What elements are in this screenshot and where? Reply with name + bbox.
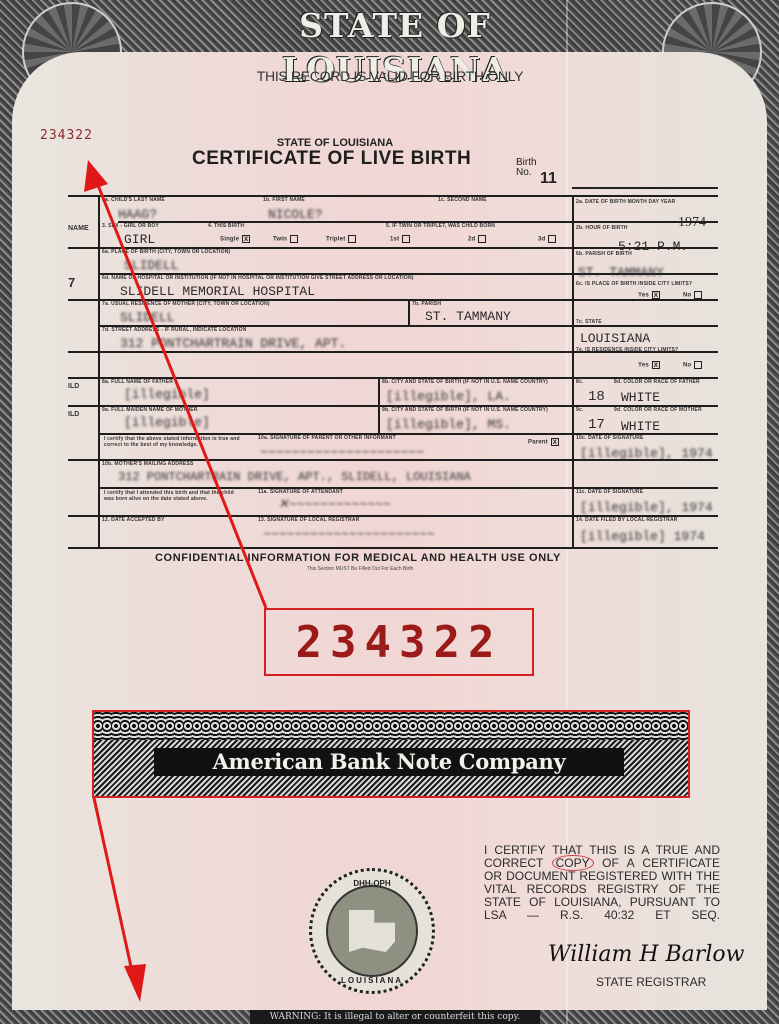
third-born-checkbox[interactable] — [548, 235, 556, 243]
date-filed-value: [illegible] 1974 — [580, 529, 705, 544]
state-label: 7c. STATE — [576, 319, 602, 325]
no-label: No — [683, 363, 691, 369]
hospital-value: SLIDELL MEMORIAL HOSPITAL — [120, 284, 315, 299]
street-address-label: 7d. STREET ADDRESS - IF RURAL, INDICATE … — [102, 327, 247, 333]
attendant-signature-label: 11a. SIGNATURE OF ATTENDANT — [258, 489, 343, 495]
mother-name-value: [illegible] — [124, 415, 210, 430]
parish-of-birth-label: 6b. PARISH OF BIRTH — [576, 251, 632, 257]
margin-label-place: 7 — [68, 275, 75, 290]
certification-statement: I CERTIFY THAT THIS IS A TRUE AND CORREC… — [484, 844, 720, 922]
second-name-label: 1c. SECOND NAME — [438, 197, 487, 203]
informant-signature: ~~~~~~~~~~~~~~~~~~~~~ — [260, 445, 424, 460]
attendant-signature: ✕~~~~~~~~~~~~~ — [278, 497, 390, 512]
form-rule — [572, 195, 574, 547]
first-born-checkbox[interactable] — [402, 235, 410, 243]
twin-option[interactable]: Twin — [273, 235, 298, 243]
hospital-label: 6d. NAME OF HOSPITAL OR INSTITUTION (IF … — [102, 275, 414, 281]
second-born-label: 2d — [468, 237, 475, 243]
parent-label: Parent — [528, 440, 548, 446]
first-name-value: NICOLE? — [268, 207, 323, 222]
street-address-value: 312 PONTCHARTRAIN DRIVE, APT. — [120, 336, 346, 351]
dhh-oph-seal: DHH-OPH LOUISIANA — [309, 868, 435, 994]
triplet-checkbox[interactable] — [348, 235, 356, 243]
residence-no-option[interactable]: No — [683, 361, 702, 369]
date-filed-label: 14. DATE FILED BY LOCAL REGISTRAR — [576, 517, 678, 523]
margin-label-name: NAME — [68, 225, 89, 232]
birth-number-value: 11 — [540, 170, 557, 188]
yes-label: Yes — [638, 363, 649, 369]
inside-city-label: 6c. IS PLACE OF BIRTH INSIDE CITY LIMITS… — [576, 281, 692, 287]
birth-number-line — [572, 187, 718, 189]
louisiana-state-shape-icon — [349, 910, 395, 952]
first-born-label: 1st — [390, 237, 399, 243]
date-accepted-label: 12. DATE ACCEPTED BY — [102, 517, 165, 523]
seal-inner-circle — [326, 885, 418, 977]
serial-number-large: 234322 — [296, 617, 503, 668]
father-name-value: [illegible] — [124, 387, 210, 402]
parent-option[interactable]: Parentx — [528, 438, 559, 446]
single-option[interactable]: Singlex — [220, 235, 250, 243]
twin-checkbox[interactable] — [290, 235, 298, 243]
triplet-option[interactable]: Triplet — [326, 235, 356, 243]
father-birthplace-value: [illegible], LA. — [386, 389, 511, 404]
sex-label: 3. SEX - GIRL OR BOY — [102, 223, 159, 229]
birth-number-label: Birth No. — [516, 158, 537, 178]
mailing-address-label: 10b. MOTHER'S MAILING ADDRESS — [102, 461, 194, 467]
parish-label: 7b. PARISH — [412, 301, 441, 307]
inside-city-yes-option[interactable]: Yesx — [638, 291, 660, 299]
second-born-checkbox[interactable] — [478, 235, 486, 243]
seal-bottom-text: LOUISIANA — [312, 976, 432, 985]
informant-date-label: 10c. DATE OF SIGNATURE — [576, 435, 644, 441]
state-title: STATE OF LOUISIANA — [190, 4, 600, 48]
child-last-name-value: HAAG? — [118, 207, 157, 222]
yes-label: Yes — [638, 293, 649, 299]
single-checkbox[interactable]: x — [242, 235, 250, 243]
margin-label-mother: ILD — [68, 411, 79, 418]
single-option-label: Single — [220, 237, 239, 243]
mother-residence-label: 7a. USUAL RESIDENCE OF MOTHER (CITY, TOW… — [102, 301, 270, 307]
residence-no-checkbox[interactable] — [694, 361, 702, 369]
father-race-value: WHITE — [621, 390, 660, 405]
informant-date-value: [illegible], 1974 — [580, 446, 713, 461]
residence-inside-city-label: 7e. IS RESIDENCE INSIDE CITY LIMITS? — [576, 347, 678, 353]
margin-label-father: ILD — [68, 383, 79, 390]
warning-banner: WARNING: It is illegal to alter or count… — [250, 1010, 540, 1024]
no-label: No — [683, 293, 691, 299]
father-birthplace-label: 8b. CITY AND STATE OF BIRTH (IF NOT IN U… — [382, 379, 548, 385]
registrar-title: STATE REGISTRAR — [596, 975, 706, 989]
attendant-certify-text: I certify that I attended this birth and… — [104, 490, 244, 502]
mother-race-value: WHITE — [621, 419, 660, 434]
seal-top-text: DHH-OPH — [312, 879, 432, 888]
mailing-address-value: 312 PONTCHARTRAIN DRIVE, APT., SLIDELL, … — [118, 470, 471, 484]
inside-city-no-option[interactable]: No — [683, 291, 702, 299]
mother-name-label: 9a. FULL MAIDEN NAME OF MOTHER — [102, 407, 198, 413]
father-age-value: 18 — [588, 389, 605, 405]
banknote-company-label: American Bank Note Company — [154, 748, 624, 776]
serial-number-small: 234322 — [40, 128, 93, 143]
form-rule — [68, 195, 718, 197]
local-registrar-signature: ~~~~~~~~~~~~~~~~~~~~~~ — [263, 527, 435, 542]
mother-race-label: 9d. COLOR OR RACE OF MOTHER — [614, 407, 702, 413]
parent-checkbox[interactable]: x — [551, 438, 559, 446]
residence-yes-option[interactable]: Yesx — [638, 361, 660, 369]
form-rule — [408, 299, 410, 325]
mother-residence-value: SLIDELL — [120, 310, 175, 325]
father-name-label: 8a. FULL NAME OF FATHER — [102, 379, 173, 385]
residence-yes-checkbox[interactable]: x — [652, 361, 660, 369]
date-of-birth-year: 1974 — [678, 215, 706, 231]
form-rule — [98, 195, 100, 547]
state-value: LOUISIANA — [580, 331, 650, 346]
triplet-option-label: Triplet — [326, 237, 345, 243]
date-of-birth-label: 2a. DATE OF BIRTH MONTH DAY YEAR — [576, 199, 675, 205]
first-name-label: 1b. FIRST NAME — [263, 197, 305, 203]
confidential-subtitle: This Section MUST Be Filled Out For Each… — [200, 566, 520, 572]
first-born-option[interactable]: 1st — [390, 235, 410, 243]
second-born-option[interactable]: 2d — [468, 235, 486, 243]
certificate-title: CERTIFICATE OF LIVE BIRTH — [192, 148, 471, 170]
guilloche-pattern — [94, 712, 688, 740]
inside-city-yes-checkbox[interactable]: x — [652, 291, 660, 299]
child-last-name-label: 1a. CHILD'S LAST NAME — [102, 197, 165, 203]
no-label: No. — [516, 168, 537, 178]
father-age-label: 8c. — [576, 379, 584, 385]
place-of-birth-label: 6a. PLACE OF BIRTH (CITY, TOWN OR LOCATI… — [102, 249, 230, 255]
mother-birthplace-label: 9b. CITY AND STATE OF BIRTH (IF NOT IN U… — [382, 407, 548, 413]
mother-age-value: 17 — [588, 417, 605, 433]
mother-age-label: 9c. — [576, 407, 584, 413]
serial-number-highlight: 234322 — [264, 608, 534, 676]
hour-of-birth-label: 2b. HOUR OF BIRTH — [576, 225, 628, 231]
confidential-heading: CONFIDENTIAL INFORMATION FOR MEDICAL AND… — [128, 552, 588, 564]
place-of-birth-value: SLIDELL — [124, 258, 179, 273]
birth-record-form: NAME 7 ILD ILD 1a. CHILD'S LAST NAME HAA… — [68, 195, 718, 550]
form-rule — [378, 377, 380, 433]
this-birth-label: 4. THIS BIRTH — [208, 223, 244, 229]
parish-of-birth-value: ST. TAMMANY — [578, 265, 664, 280]
form-rule — [68, 547, 718, 549]
local-registrar-signature-label: 13. SIGNATURE OF LOCAL REGISTRAR — [258, 517, 360, 523]
inside-city-no-checkbox[interactable] — [694, 291, 702, 299]
informant-signature-label: 10a. SIGNATURE OF PARENT OR OTHER INFORM… — [258, 435, 396, 441]
twin-option-label: Twin — [273, 237, 287, 243]
registrar-signature: William H Barlow — [548, 942, 744, 967]
twin-order-label: 5. IF TWIN OR TRIPLET, WAS CHILD BORN — [386, 223, 495, 229]
informant-certify-text: I certify that the above stated informat… — [104, 436, 244, 448]
parish-value: ST. TAMMANY — [425, 309, 511, 324]
third-born-option[interactable]: 3d — [538, 235, 556, 243]
third-born-label: 3d — [538, 237, 545, 243]
mother-birthplace-value: [illegible], MS. — [386, 417, 511, 432]
valid-note: THIS RECORD IS VALID FOR BIRTH ONLY — [180, 68, 600, 84]
attendant-date-value: [illegible], 1974 — [580, 500, 713, 515]
attendant-date-label: 11c. DATE OF SIGNATURE — [576, 489, 643, 495]
father-race-label: 8d. COLOR OR RACE OF FATHER — [614, 379, 700, 385]
sex-value: GIRL — [124, 232, 155, 247]
banknote-company-highlight: American Bank Note Company — [92, 710, 690, 798]
